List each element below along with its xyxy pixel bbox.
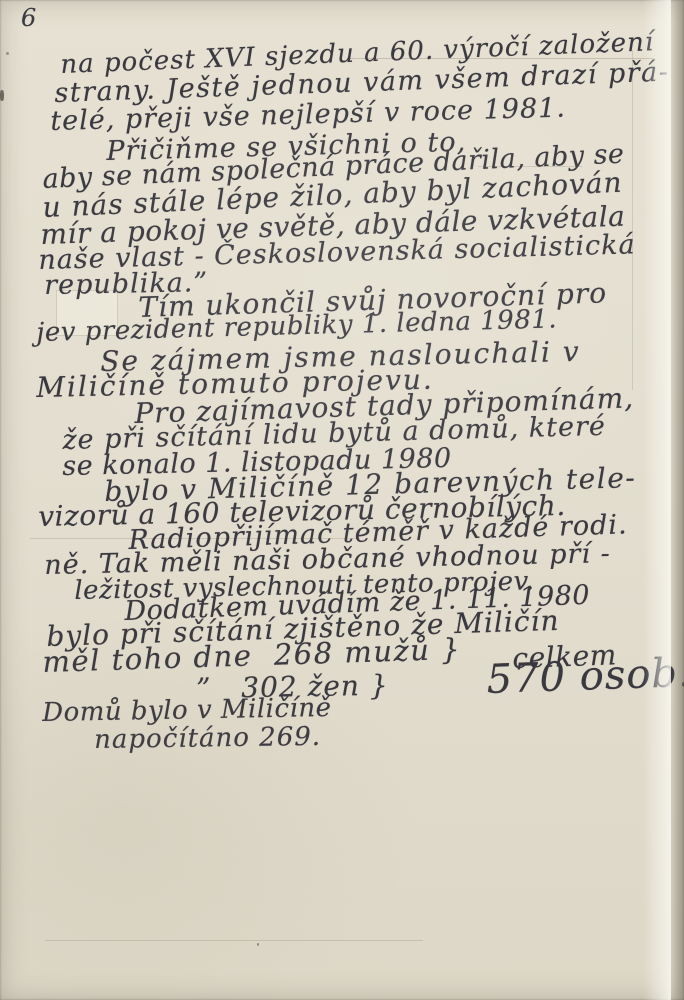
handwritten-line: 570 osob.	[486, 653, 684, 700]
chronicle-page-scan: 6 na počest XVI sjezdu a 60. výročí zalo…	[0, 0, 684, 1000]
handwriting-layer: na počest XVI sjezdu a 60. výročí založe…	[0, 0, 684, 1000]
handwritten-line: napočítáno 269.	[94, 724, 321, 753]
